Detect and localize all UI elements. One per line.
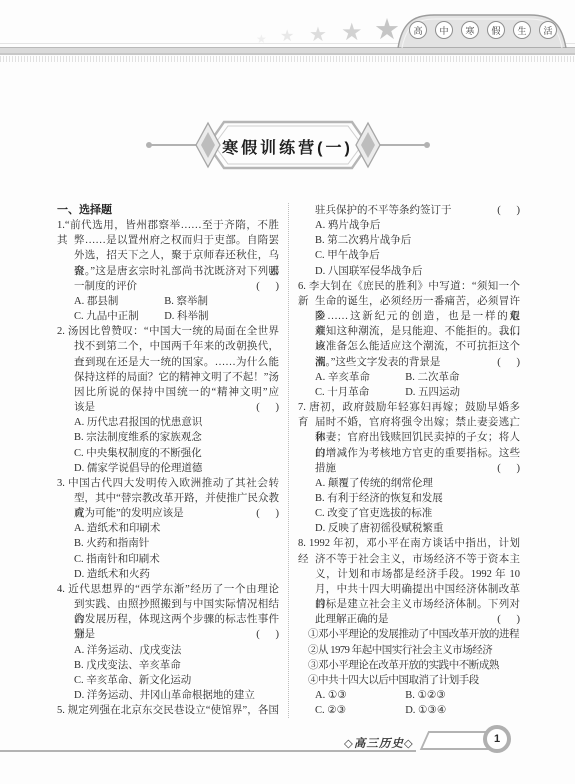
option-pair-line: A. 郡县制B. 察举制 bbox=[57, 294, 279, 309]
stem-text: 流。”这些文字发表的背景是 bbox=[315, 355, 440, 370]
page-number-badge: 1 bbox=[483, 725, 511, 753]
question-stem-line: 驻兵保护的不平等条约签订于( ) bbox=[298, 203, 520, 218]
text-line: 合。”这是唐玄宗时礼部尚书沈既济对下列哪 bbox=[57, 264, 279, 279]
stem-text: 成为可能”的发明应该是 bbox=[74, 506, 184, 521]
star-icon: ★ bbox=[280, 29, 294, 45]
text-line: 目标是建立社会主义市场经济体制。下列对 bbox=[298, 597, 520, 612]
answer-bracket: ( ) bbox=[497, 612, 520, 627]
answer-bracket: ( ) bbox=[256, 506, 279, 521]
text-line: A. 颠覆了传统的纲常伦理 bbox=[298, 476, 520, 491]
text-line: 5. 规定列强在北京东交民巷设立“使馆界”，各国 bbox=[57, 703, 279, 718]
text-line: B. 第二次鸦片战争后 bbox=[298, 233, 520, 248]
answer-bracket: ( ) bbox=[256, 279, 279, 294]
stem-text: 此理解正确的是 bbox=[315, 612, 389, 627]
text-line: ②从 1979 年起中国实行社会主义市场经济 bbox=[298, 643, 520, 658]
answer-bracket: ( ) bbox=[497, 461, 520, 476]
text-line: 济不等于社会主义，市场经济不等于资本主 bbox=[298, 552, 520, 567]
text-line: B. 有利于经济的恢复和发展 bbox=[298, 491, 520, 506]
text-line: 届时不婚，官府将强令出嫁；禁止妻妾逃亡和 bbox=[298, 415, 520, 430]
text-line: 义，计划和市场都是经济手段。1992 年 10 bbox=[298, 567, 520, 582]
text-line: C. 辛亥革命、新文化运动 bbox=[57, 673, 279, 688]
answer-bracket: ( ) bbox=[256, 400, 279, 415]
text-line: ④中共十四大以后中国取消了计划手段 bbox=[298, 673, 520, 688]
badge-char: 寒 bbox=[461, 21, 479, 39]
option-text: D. 五四运动 bbox=[405, 385, 460, 400]
header-band bbox=[0, 47, 575, 55]
text-line: B. 宗法制度维系的家族观念 bbox=[57, 430, 279, 445]
option-pair-line: C. 九品中正制D. 科举制 bbox=[57, 309, 279, 324]
stem-text: 驻兵保护的不平等条约签订于 bbox=[315, 203, 452, 218]
text-line: A. 历代忠君报国的忧患意识 bbox=[57, 415, 279, 430]
text-line: 8. 1992 年初，邓小平在南方谈话中指出，计划经 bbox=[298, 536, 520, 551]
text-line: D. 反映了唐初徭役赋税繁重 bbox=[298, 521, 520, 536]
text-line: ①邓小平理论的发展推动了中国改革开放的进程 bbox=[298, 627, 520, 642]
lesson-title-banner: 寒假训练营(一) bbox=[142, 116, 434, 174]
option-text: C. 九品中正制 bbox=[74, 309, 164, 324]
text-line: 6. 李大钊在《庶民的胜利》中写道：“须知一个新 bbox=[298, 279, 520, 294]
stem-text: 措施 bbox=[315, 461, 336, 476]
right-column: 驻兵保护的不平等条约签订于( )A. 鸦片战争后B. 第二次鸦片战争后C. 甲午… bbox=[298, 203, 520, 718]
badge-characters: 高 中 寒 假 生 活 bbox=[409, 21, 557, 39]
option-text: A. ①③ bbox=[315, 688, 405, 703]
option-text: D. 科举制 bbox=[164, 309, 208, 324]
answer-bracket: ( ) bbox=[497, 203, 520, 218]
question-stem-line: 一制度的评价( ) bbox=[57, 279, 279, 294]
text-line: 的增减作为考核地方官吏的重要指标。这些 bbox=[298, 446, 520, 461]
text-line: 休妻；官府出钱赎回饥民卖掉的子女；将人口 bbox=[298, 430, 520, 445]
text-line: 险……这新纪元的创造，也是一样的艰难。…… bbox=[298, 309, 520, 324]
question-stem-line: 措施( ) bbox=[298, 461, 520, 476]
text-line: 生命的诞生，必须经历一番痛苦，必须冒许多危 bbox=[298, 294, 520, 309]
text-line: 外选，招天下之人，聚于京师春还秋住，乌聚云 bbox=[57, 248, 279, 263]
footer-subject-label: ◇高三历史◇ bbox=[344, 735, 414, 751]
text-line: C. 改变了官吏选拔的标准 bbox=[298, 506, 520, 521]
page: { "header": { "star_glyph": "★", "badge_… bbox=[0, 0, 575, 784]
header-band-ticks bbox=[0, 56, 575, 62]
badge-char: 活 bbox=[539, 21, 557, 39]
text-line: 该准备怎么能适应这个潮流，不可抗拒这个潮 bbox=[298, 339, 520, 354]
text-line: 弊……是以置州府之权而归于吏部。自隋罢 bbox=[57, 233, 279, 248]
text-line: A. 鸦片战争后 bbox=[298, 218, 520, 233]
text-line: D. 八国联军侵华战争后 bbox=[298, 264, 520, 279]
text-line: 3. 中国古代四大发明传入欧洲推动了其社会转 bbox=[57, 476, 279, 491]
text-line: D. 洋务运动、井冈山革命根据地的建立 bbox=[57, 688, 279, 703]
question-stem-line: 该是( ) bbox=[57, 400, 279, 415]
badge-char: 假 bbox=[487, 21, 505, 39]
page-number: 1 bbox=[494, 733, 500, 745]
left-column: 一、选择题1.“前代选用，皆州郡察举……至于齐隋，不胜其弊……是以置州府之权而归… bbox=[57, 203, 279, 718]
text-line: 2. 汤因比曾赞叹：“中国大一统的局面在全世界 bbox=[57, 324, 279, 339]
text-line: B. 火药和指南针 bbox=[57, 536, 279, 551]
badge-char: 高 bbox=[409, 21, 427, 39]
text-line: 的发展历程，体现这两个步骤的标志性事件分 bbox=[57, 612, 279, 627]
answer-bracket: ( ) bbox=[497, 355, 520, 370]
text-line: 须知这种潮流，是只能迎、不能拒的。我们应 bbox=[298, 324, 520, 339]
option-text: C. 十月革命 bbox=[315, 385, 405, 400]
text-line: 找不到第二个，中国两千年来的改朝换代，一 bbox=[57, 339, 279, 354]
option-text: A. 郡县制 bbox=[74, 294, 164, 309]
option-pair-line: A. 辛亥革命B. 二次革命 bbox=[298, 370, 520, 385]
option-text: B. 察举制 bbox=[164, 294, 208, 309]
option-text: A. 辛亥革命 bbox=[315, 370, 405, 385]
page-title: 寒假训练营(一) bbox=[142, 135, 434, 158]
section-heading: 一、选择题 bbox=[57, 203, 279, 218]
stem-text: 别是 bbox=[74, 627, 95, 642]
series-badge: 高 中 寒 假 生 活 bbox=[396, 10, 568, 48]
option-text: B. ①②③ bbox=[405, 688, 446, 703]
option-text: D. ①③④ bbox=[405, 703, 446, 718]
text-line: C. 甲午战争后 bbox=[298, 248, 520, 263]
text-line: 型，其中“替宗教改革开路，并使推广民众教育 bbox=[57, 491, 279, 506]
exam-body: 一、选择题1.“前代选用，皆州郡察举……至于齐隋，不胜其弊……是以置州府之权而归… bbox=[57, 203, 521, 718]
text-line: A. 洋务运动、戊戌变法 bbox=[57, 643, 279, 658]
badge-char: 中 bbox=[435, 21, 453, 39]
text-line: 因比所说的保持中国统一的“精神文明”应 bbox=[57, 385, 279, 400]
text-line: 1.“前代选用，皆州郡察举……至于齐隋，不胜其 bbox=[57, 218, 279, 233]
text-line: 保持这样的局面？它的精神文明了不起！”汤 bbox=[57, 370, 279, 385]
answer-bracket: ( ) bbox=[256, 627, 279, 642]
text-line: 4. 近代思想界的“西学东渐”经历了一个由理论 bbox=[57, 582, 279, 597]
star-icon: ★ bbox=[309, 25, 327, 45]
text-line: 直到现在还是大一统的国家。……为什么能 bbox=[57, 355, 279, 370]
text-line: C. 指南针和印刷术 bbox=[57, 552, 279, 567]
text-line: 到实践、由照抄照搬到与中国实际情况相结合 bbox=[57, 597, 279, 612]
star-icon: ★ bbox=[256, 33, 267, 45]
text-line: ③邓小平理论在改革开放的实践中不断成熟 bbox=[298, 658, 520, 673]
option-text: C. ②③ bbox=[315, 703, 405, 718]
text-line: A. 造纸术和印刷术 bbox=[57, 521, 279, 536]
option-pair-line: C. 十月革命D. 五四运动 bbox=[298, 385, 520, 400]
question-stem-line: 别是( ) bbox=[57, 627, 279, 642]
text-line: D. 儒家学说倡导的伦理道德 bbox=[57, 461, 279, 476]
question-stem-line: 成为可能”的发明应该是( ) bbox=[57, 506, 279, 521]
text-line: 7. 唐初，政府鼓励年轻寡妇再嫁；鼓励早婚多育， bbox=[298, 400, 520, 415]
text-line: B. 戊戌变法、辛亥革命 bbox=[57, 658, 279, 673]
stem-text: 一制度的评价 bbox=[74, 279, 137, 294]
option-pair-line: A. ①③B. ①②③ bbox=[298, 688, 520, 703]
text-line: 月，中共十四大明确提出中国经济体制改革的 bbox=[298, 582, 520, 597]
text-line: C. 中央集权制度的不断强化 bbox=[57, 446, 279, 461]
option-text: B. 二次革命 bbox=[405, 370, 459, 385]
badge-char: 生 bbox=[513, 21, 531, 39]
star-icon: ★ bbox=[341, 21, 363, 45]
text-line: D. 造纸术和火药 bbox=[57, 567, 279, 582]
column-divider bbox=[288, 203, 289, 718]
question-stem-line: 此理解正确的是( ) bbox=[298, 612, 520, 627]
stem-text: 该是 bbox=[74, 400, 95, 415]
question-stem-line: 流。”这些文字发表的背景是( ) bbox=[298, 355, 520, 370]
option-pair-line: C. ②③D. ①③④ bbox=[298, 703, 520, 718]
